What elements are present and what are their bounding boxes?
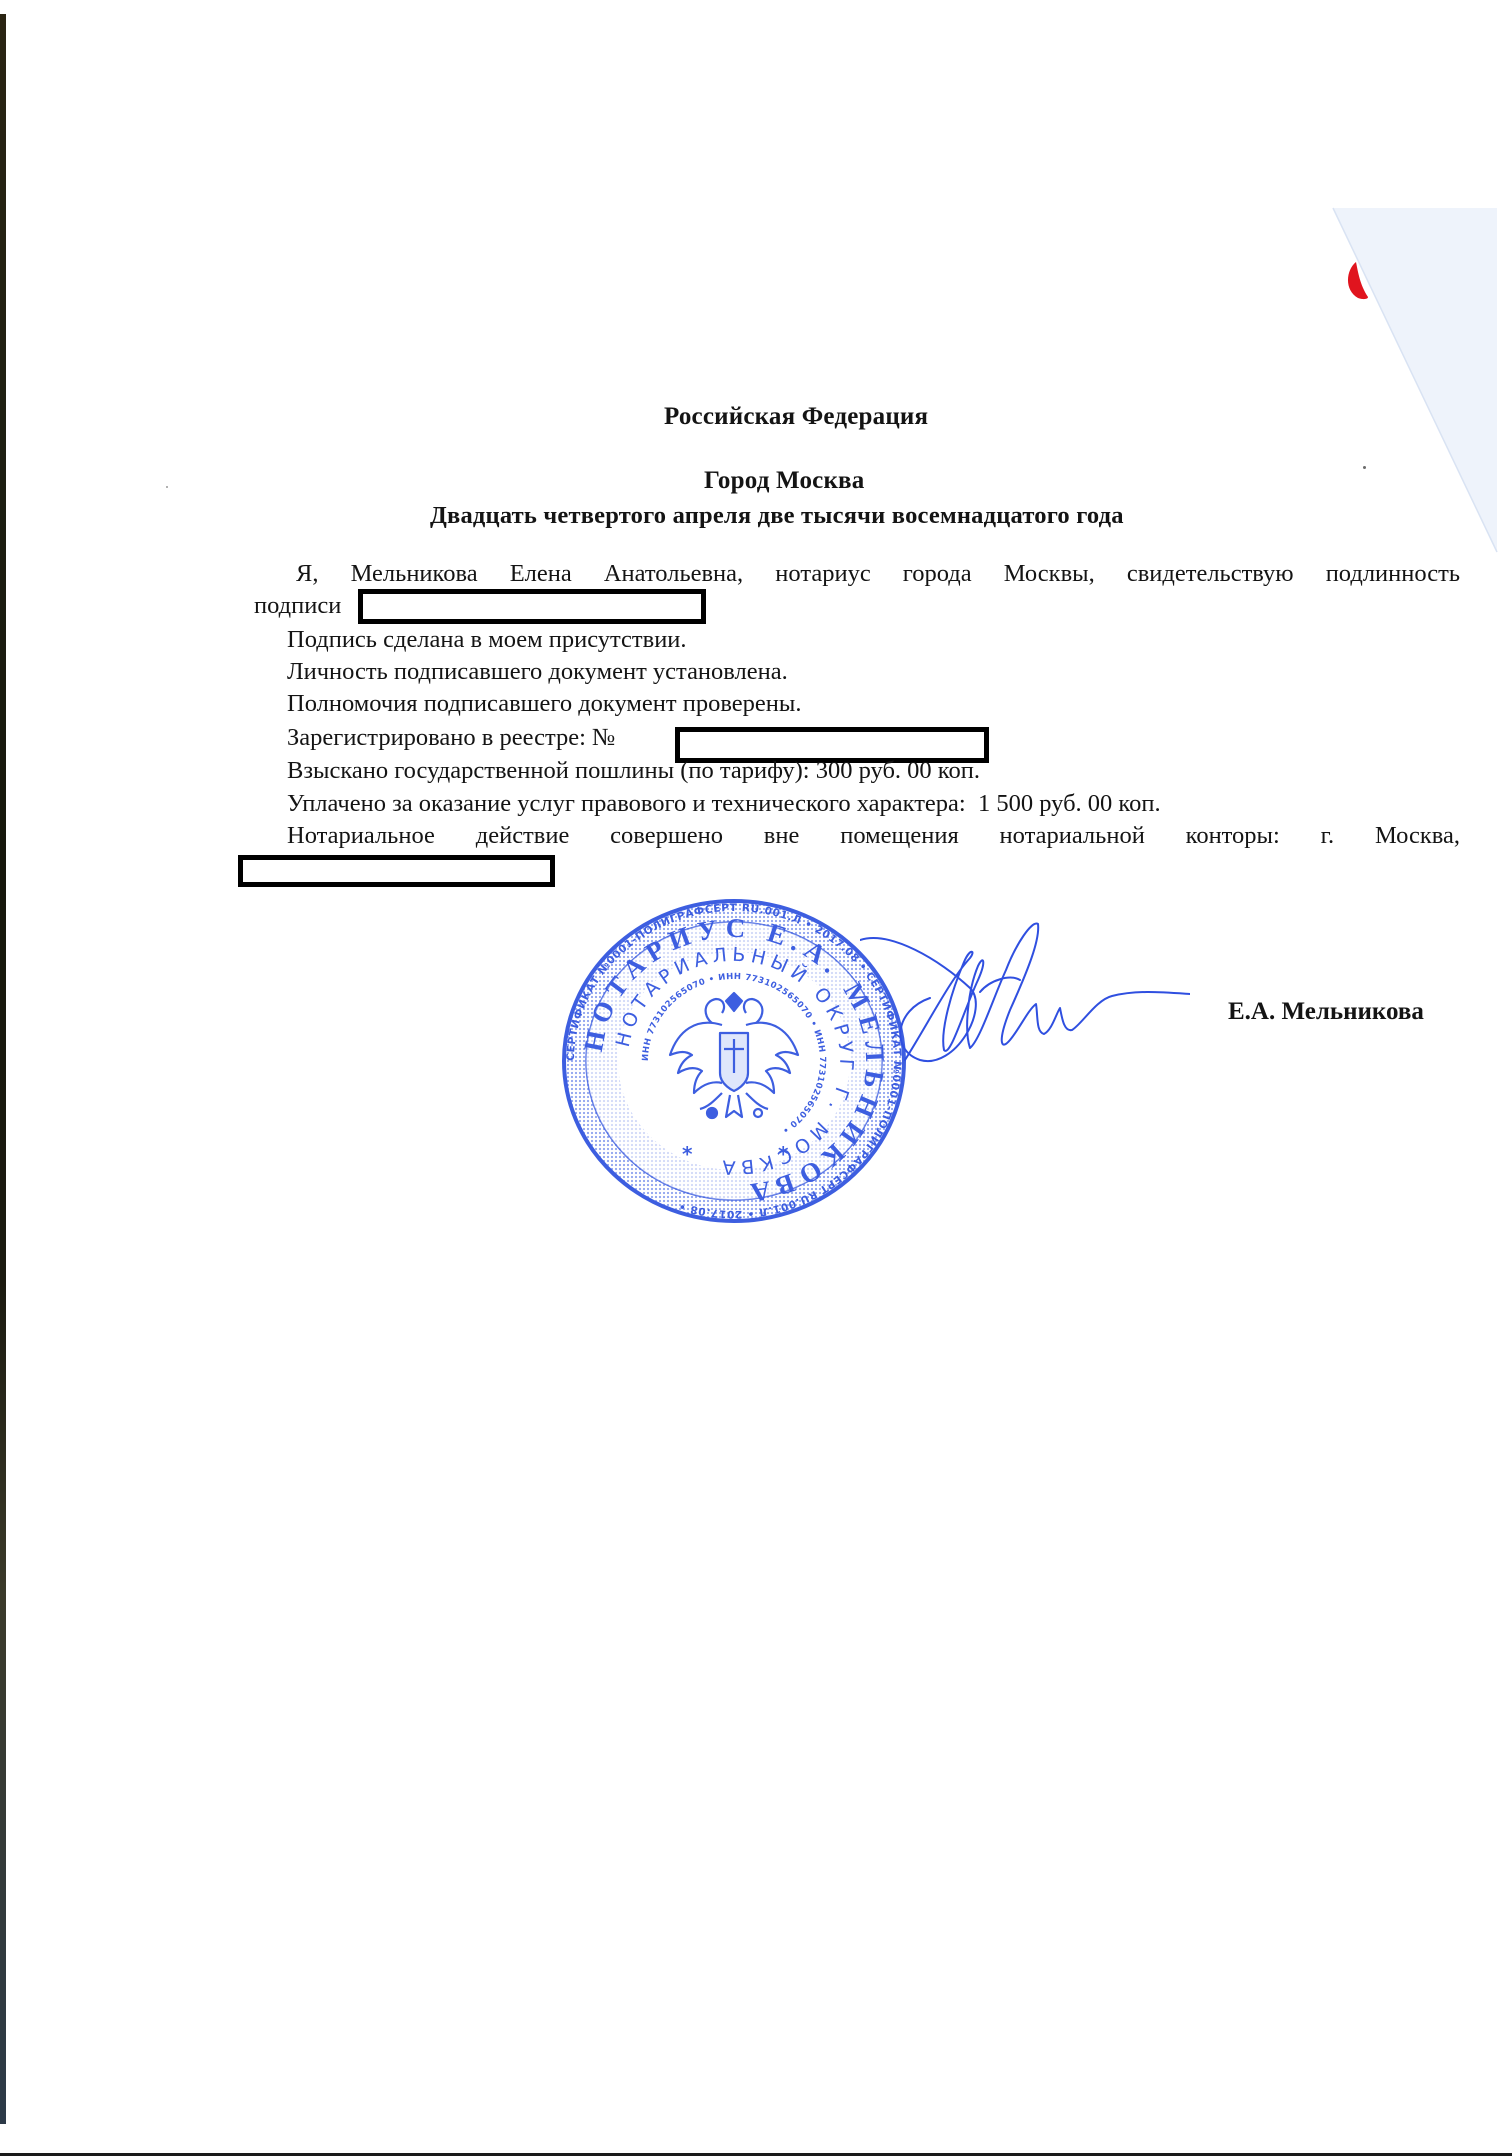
scan-speck: [166, 486, 168, 488]
line-action-location: Нотариальное действие совершено вне поме…: [287, 824, 1460, 849]
redacted-address: [238, 855, 555, 887]
line-authority-verified: Полномочия подписавшего документ провере…: [287, 692, 801, 717]
svg-text:*: *: [682, 1142, 693, 1166]
scan-left-edge: [0, 14, 6, 2124]
line-services-fee: Уплачено за оказание услуг правового и т…: [287, 792, 1161, 817]
scan-speck: [1363, 466, 1366, 469]
signature-of-label: подписи: [254, 594, 341, 619]
heading-country: Российская Федерация: [664, 403, 928, 431]
scanned-page: Российская Федерация Город Москва Двадца…: [0, 0, 1512, 2156]
red-seal-fragment: [1348, 262, 1368, 299]
redacted-signer-name: [358, 589, 706, 624]
handwritten-signature: [860, 900, 1190, 1090]
svg-text:*: *: [778, 1142, 789, 1166]
certification-intro-line: Я, Мельникова Елена Анатольевна, нотариу…: [296, 562, 1460, 587]
line-state-fee: Взыскано государственной пошлины (по тар…: [287, 759, 980, 784]
notary-stamp: СЕРТИФИКАТ №0001-ПОЛИГРАФСЕРТ RU.001.Л •…: [562, 899, 906, 1223]
line-registry-number: Зарегистрировано в реестре: №: [287, 726, 615, 751]
line-identity-established: Личность подписавшего документ установле…: [287, 660, 788, 685]
heading-city: Город Москва: [704, 467, 864, 495]
line-signature-presence: Подпись сделана в моем присутствии.: [287, 628, 687, 653]
heading-date: Двадцать четвертого апреля две тысячи во…: [430, 502, 1124, 530]
signer-name: Е.А. Мельникова: [1228, 998, 1424, 1026]
